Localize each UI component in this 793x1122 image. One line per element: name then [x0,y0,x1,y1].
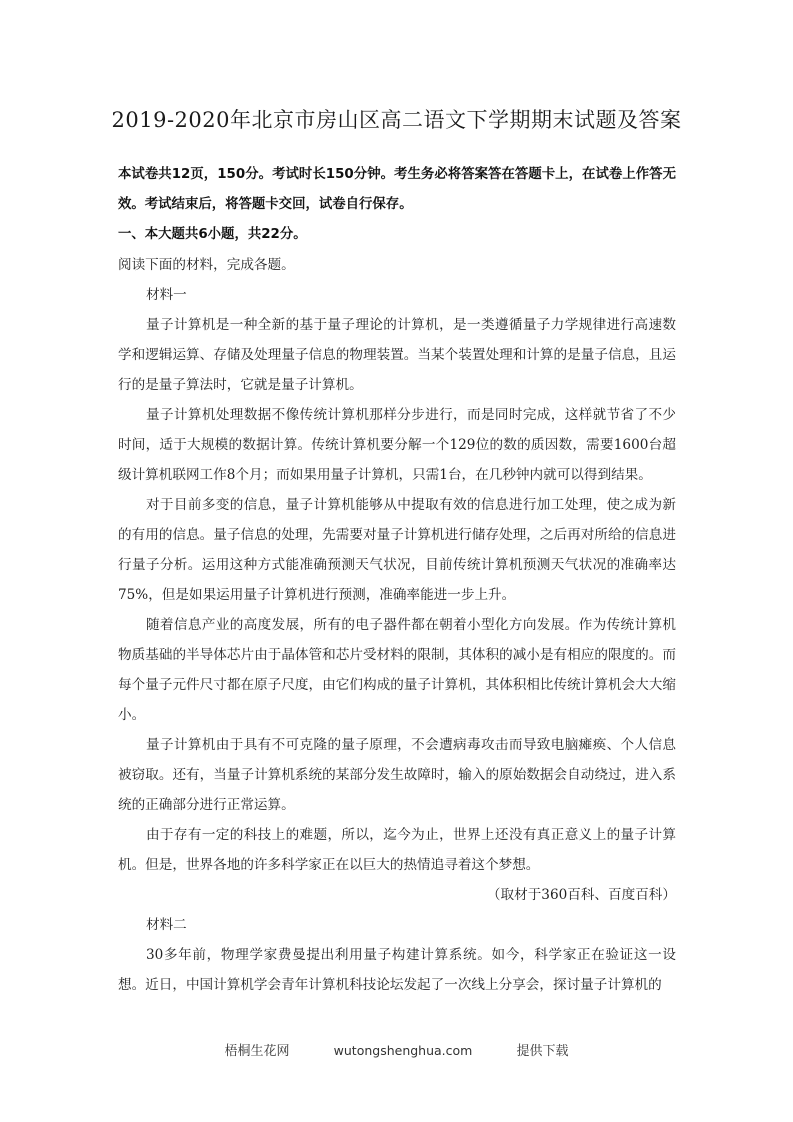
reading-prompt: 阅读下面的材料，完成各题。 [118,250,676,280]
material-1-label: 材料一 [118,280,676,310]
exam-instructions: 本试卷共12页，150分。考试时长150分钟。考生务必将答案答在答题卡上，在试卷… [118,160,676,220]
page-footer: 梧桐生花网 wutongshenghua.com 提供下载 [0,1040,793,1059]
material-2-label: 材料二 [118,910,676,940]
footer-note: 提供下载 [517,1040,569,1059]
material-1-paragraph: 随着信息产业的高度发展，所有的电子器件都在朝着小型化方向发展。作为传统计算机物质… [118,610,676,730]
footer-site-url[interactable]: wutongshenghua.com [334,1043,473,1058]
material-1-source: （取材于360百科、百度百科） [118,880,676,910]
material-2-paragraph: 30多年前，物理学家费曼提出利用量子构建计算系统。如今，科学家正在验证这一设想。… [118,940,676,1000]
material-1-paragraph: 由于存有一定的科技上的难题，所以，迄今为止，世界上还没有真正意义上的量子计算机。… [118,820,676,880]
material-1-paragraph: 量子计算机处理数据不像传统计算机那样分步进行，而是同时完成，这样就节省了不少时间… [118,400,676,490]
material-1-paragraph: 对于目前多变的信息，量子计算机能够从中提取有效的信息进行加工处理，使之成为新的有… [118,490,676,610]
document-body: 本试卷共12页，150分。考试时长150分钟。考生务必将答案答在答题卡上，在试卷… [118,160,676,1000]
page-title: 2019-2020年北京市房山区高二语文下学期期末试题及答案 [0,104,793,134]
material-1-paragraph: 量子计算机是一种全新的基于量子理论的计算机，是一类遵循量子力学规律进行高速数学和… [118,310,676,400]
section-heading: 一、本大题共6小题，共22分。 [118,220,676,250]
footer-site-name: 梧桐生花网 [224,1040,289,1059]
material-1-paragraph: 量子计算机由于具有不可克隆的量子原理，不会遭病毒攻击而导致电脑瘫痪、个人信息被窃… [118,730,676,820]
